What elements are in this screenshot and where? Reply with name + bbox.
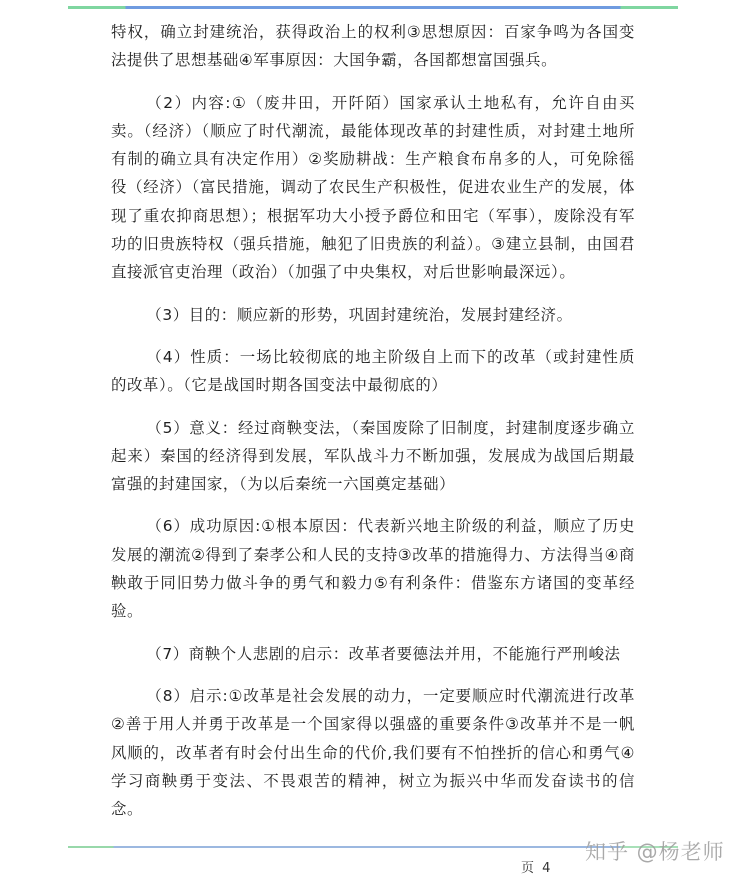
paragraph-purpose: （3）目的：顺应新的形势，巩固封建统治，发展封建经济。 [111,301,635,329]
watermark: 知乎 @杨老师 [585,836,725,866]
paragraph-significance: （5）意义：经过商鞅变法，（秦国废除了旧制度，封建制度逐步确立起来）秦国的经济得… [111,414,635,499]
paragraph-nature: （4）性质：一场比较彻底的地主阶级自上而下的改革（或封建性质的改革）。（它是战国… [111,343,635,400]
paragraph-content: （2）内容:①（废井田，开阡陌）国家承认土地私有，允许自由买卖。（经济）（顺应了… [111,89,635,287]
paragraph-enlightenment: （8）启示:①改革是社会发展的动力，一定要顺应时代潮流进行改革②善于用人并勇于改… [111,682,635,823]
paragraph-tragedy-lesson: （7）商鞅个人悲剧的启示：改革者要德法并用，不能施行严刑峻法 [111,640,635,668]
header-rule [68,6,678,9]
paragraph-success-reasons: （6）成功原因:①根本原因：代表新兴地主阶级的利益，顺应了历史发展的潮流②得到了… [111,512,635,625]
paragraph-causes-continued: 特权，确立封建统治，获得政治上的权利③思想原因：百家争鸣为各国变法提供了思想基础… [111,18,635,75]
document-body: 特权，确立封建统治，获得政治上的权利③思想原因：百家争鸣为各国变法提供了思想基础… [111,18,635,837]
page-number: 页 4 [521,857,552,876]
